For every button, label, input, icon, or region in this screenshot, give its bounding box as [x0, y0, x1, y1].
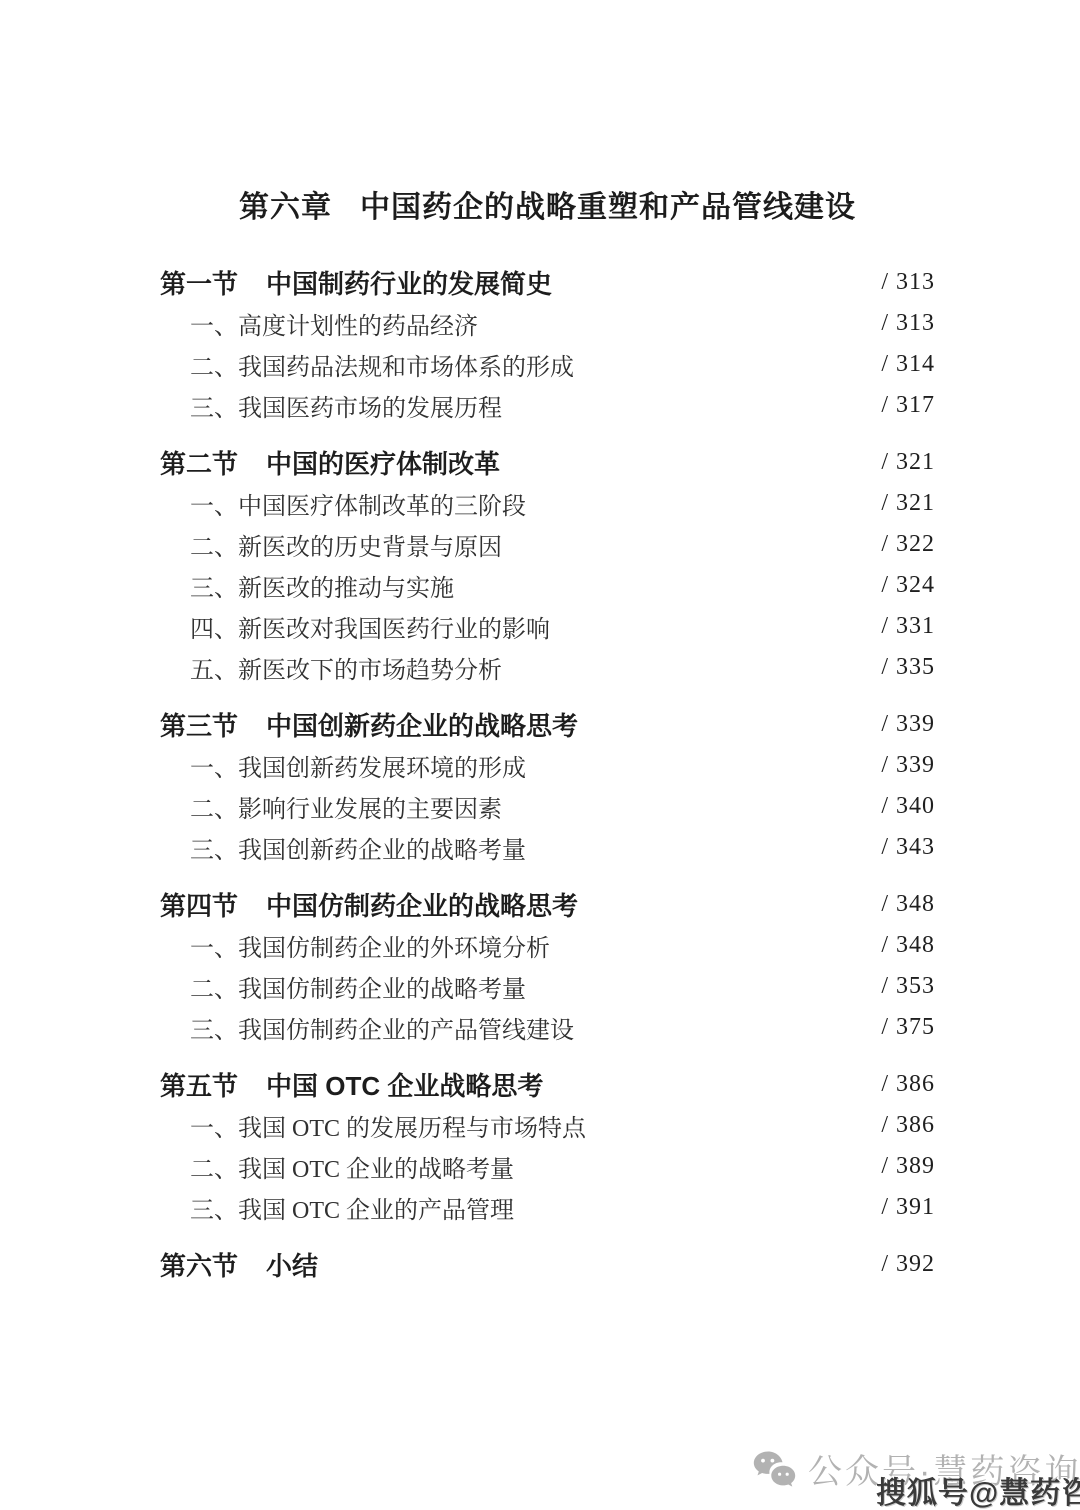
toc-item-heading: 三、我国创新药企业的战略考量: [160, 830, 526, 865]
toc-section-row: 第一节中国制药行业的发展简史/ 313: [160, 262, 935, 303]
chapter-title: 第六章中国药企的战略重塑和产品管线建设: [160, 190, 935, 226]
item-page-number: / 348: [881, 932, 935, 959]
item-label: 一、高度计划性的药品经济: [160, 306, 478, 341]
item-label: 二、影响行业发展的主要因素: [160, 789, 502, 824]
section-page-number: / 386: [881, 1071, 935, 1098]
toc-item-row: 一、我国仿制药企业的外环境分析/ 348: [160, 925, 935, 966]
section-page-number: / 392: [881, 1251, 935, 1278]
item-page-number: / 340: [881, 793, 935, 820]
toc-item-row: 四、新医改对我国医药行业的影响/ 331: [160, 606, 935, 647]
toc-item-row: 三、我国医药市场的发展历程/ 317: [160, 385, 935, 426]
toc-item-row: 二、新医改的历史背景与原因/ 322: [160, 524, 935, 565]
item-page-number: / 317: [881, 392, 935, 419]
section-title: 中国的医疗体制改革: [266, 444, 500, 481]
toc-section-group: 第四节中国仿制药企业的战略思考/ 348一、我国仿制药企业的外环境分析/ 348…: [160, 884, 935, 1048]
item-label: 一、我国 OTC 的发展历程与市场特点: [160, 1108, 586, 1143]
toc-section-row: 第五节中国 OTC 企业战略思考/ 386: [160, 1064, 935, 1105]
item-page-number: / 339: [881, 752, 935, 779]
item-label: 一、中国医疗体制改革的三阶段: [160, 486, 526, 521]
toc-item-heading: 二、我国 OTC 企业的战略考量: [160, 1149, 514, 1184]
toc-item-row: 三、我国创新药企业的战略考量/ 343: [160, 827, 935, 868]
toc-item-heading: 一、我国创新药发展环境的形成: [160, 748, 526, 783]
item-label: 二、新医改的历史背景与原因: [160, 527, 502, 562]
toc-item-heading: 二、影响行业发展的主要因素: [160, 789, 502, 824]
item-label: 二、我国 OTC 企业的战略考量: [160, 1149, 514, 1184]
chapter-number: 第六章: [239, 191, 332, 224]
toc-item-row: 二、我国 OTC 企业的战略考量/ 389: [160, 1146, 935, 1187]
toc-section-heading: 第三节中国创新药企业的战略思考: [160, 706, 578, 743]
section-page-number: / 348: [881, 891, 935, 918]
toc-section-heading: 第六节小结: [160, 1246, 318, 1283]
item-page-number: / 353: [881, 973, 935, 1000]
item-label: 五、新医改下的市场趋势分析: [160, 650, 502, 685]
toc-item-row: 三、我国仿制药企业的产品管线建设/ 375: [160, 1007, 935, 1048]
section-title: 小结: [266, 1246, 318, 1283]
item-label: 一、我国仿制药企业的外环境分析: [160, 928, 550, 963]
item-label: 三、我国 OTC 企业的产品管理: [160, 1190, 514, 1225]
toc-item-heading: 三、新医改的推动与实施: [160, 568, 454, 603]
toc-section-group: 第三节中国创新药企业的战略思考/ 339一、我国创新药发展环境的形成/ 339二…: [160, 704, 935, 868]
section-title: 中国制药行业的发展简史: [266, 264, 552, 301]
chapter-name: 中国药企的战略重塑和产品管线建设: [360, 191, 856, 224]
toc-item-heading: 一、我国仿制药企业的外环境分析: [160, 928, 550, 963]
toc-section-heading: 第二节中国的医疗体制改革: [160, 444, 500, 481]
toc-item-heading: 一、我国 OTC 的发展历程与市场特点: [160, 1108, 586, 1143]
item-page-number: / 389: [881, 1153, 935, 1180]
item-page-number: / 391: [881, 1194, 935, 1221]
item-page-number: / 386: [881, 1112, 935, 1139]
toc-item-row: 一、中国医疗体制改革的三阶段/ 321: [160, 483, 935, 524]
item-label: 三、我国医药市场的发展历程: [160, 388, 502, 423]
wechat-icon: [752, 1450, 798, 1488]
toc-section-row: 第六节小结/ 392: [160, 1244, 935, 1285]
toc-item-row: 一、我国创新药发展环境的形成/ 339: [160, 745, 935, 786]
toc-item-row: 二、我国药品法规和市场体系的形成/ 314: [160, 344, 935, 385]
toc-item-row: 二、我国仿制药企业的战略考量/ 353: [160, 966, 935, 1007]
toc-section-heading: 第一节中国制药行业的发展简史: [160, 264, 552, 301]
item-label: 三、我国创新药企业的战略考量: [160, 830, 526, 865]
toc-item-heading: 二、新医改的历史背景与原因: [160, 527, 502, 562]
section-number: 第二节: [160, 444, 238, 481]
toc-section-row: 第二节中国的医疗体制改革/ 321: [160, 442, 935, 483]
toc-section-group: 第一节中国制药行业的发展简史/ 313一、高度计划性的药品经济/ 313二、我国…: [160, 262, 935, 426]
toc-section-heading: 第五节中国 OTC 企业战略思考: [160, 1066, 543, 1103]
toc-item-row: 一、高度计划性的药品经济/ 313: [160, 303, 935, 344]
section-number: 第一节: [160, 264, 238, 301]
toc-section-group: 第二节中国的医疗体制改革/ 321一、中国医疗体制改革的三阶段/ 321二、新医…: [160, 442, 935, 688]
toc-item-row: 三、我国 OTC 企业的产品管理/ 391: [160, 1187, 935, 1228]
toc-item-heading: 一、高度计划性的药品经济: [160, 306, 478, 341]
item-label: 三、新医改的推动与实施: [160, 568, 454, 603]
item-label: 二、我国仿制药企业的战略考量: [160, 969, 526, 1004]
section-number: 第四节: [160, 886, 238, 923]
toc-item-heading: 四、新医改对我国医药行业的影响: [160, 609, 550, 644]
toc-item-heading: 三、我国仿制药企业的产品管线建设: [160, 1010, 574, 1045]
item-label: 四、新医改对我国医药行业的影响: [160, 609, 550, 644]
item-page-number: / 375: [881, 1014, 935, 1041]
toc-section-group: 第五节中国 OTC 企业战略思考/ 386一、我国 OTC 的发展历程与市场特点…: [160, 1064, 935, 1228]
item-page-number: / 321: [881, 490, 935, 517]
document-page: 第六章中国药企的战略重塑和产品管线建设 第一节中国制药行业的发展简史/ 313一…: [0, 0, 1080, 1510]
item-page-number: / 313: [881, 310, 935, 337]
section-number: 第三节: [160, 706, 238, 743]
section-title: 中国仿制药企业的战略思考: [266, 886, 578, 923]
toc-item-heading: 三、我国 OTC 企业的产品管理: [160, 1190, 514, 1225]
sohu-watermark: 搜狐号@慧药咨询: [876, 1468, 1080, 1510]
toc-section-group: 第六节小结/ 392: [160, 1244, 935, 1285]
sohu-watermark-text: 搜狐号@慧药咨询: [876, 1477, 1080, 1510]
section-page-number: / 313: [881, 269, 935, 296]
toc-item-row: 五、新医改下的市场趋势分析/ 335: [160, 647, 935, 688]
item-page-number: / 314: [881, 351, 935, 378]
toc-item-row: 二、影响行业发展的主要因素/ 340: [160, 786, 935, 827]
item-page-number: / 335: [881, 654, 935, 681]
item-label: 二、我国药品法规和市场体系的形成: [160, 347, 574, 382]
toc-item-heading: 二、我国仿制药企业的战略考量: [160, 969, 526, 1004]
section-title: 中国创新药企业的战略思考: [266, 706, 578, 743]
item-label: 三、我国仿制药企业的产品管线建设: [160, 1010, 574, 1045]
item-page-number: / 331: [881, 613, 935, 640]
section-page-number: / 339: [881, 711, 935, 738]
toc-item-heading: 五、新医改下的市场趋势分析: [160, 650, 502, 685]
toc-item-heading: 三、我国医药市场的发展历程: [160, 388, 502, 423]
toc-item-heading: 二、我国药品法规和市场体系的形成: [160, 347, 574, 382]
item-page-number: / 322: [881, 531, 935, 558]
item-page-number: / 343: [881, 834, 935, 861]
toc-item-heading: 一、中国医疗体制改革的三阶段: [160, 486, 526, 521]
toc-section-row: 第三节中国创新药企业的战略思考/ 339: [160, 704, 935, 745]
item-page-number: / 324: [881, 572, 935, 599]
section-page-number: / 321: [881, 449, 935, 476]
toc-section-row: 第四节中国仿制药企业的战略思考/ 348: [160, 884, 935, 925]
section-number: 第六节: [160, 1246, 238, 1283]
toc-item-row: 一、我国 OTC 的发展历程与市场特点/ 386: [160, 1105, 935, 1146]
section-number: 第五节: [160, 1066, 238, 1103]
toc-item-row: 三、新医改的推动与实施/ 324: [160, 565, 935, 606]
item-label: 一、我国创新药发展环境的形成: [160, 748, 526, 783]
section-title: 中国 OTC 企业战略思考: [266, 1066, 543, 1103]
toc-section-heading: 第四节中国仿制药企业的战略思考: [160, 886, 578, 923]
toc: 第一节中国制药行业的发展简史/ 313一、高度计划性的药品经济/ 313二、我国…: [160, 262, 935, 1285]
